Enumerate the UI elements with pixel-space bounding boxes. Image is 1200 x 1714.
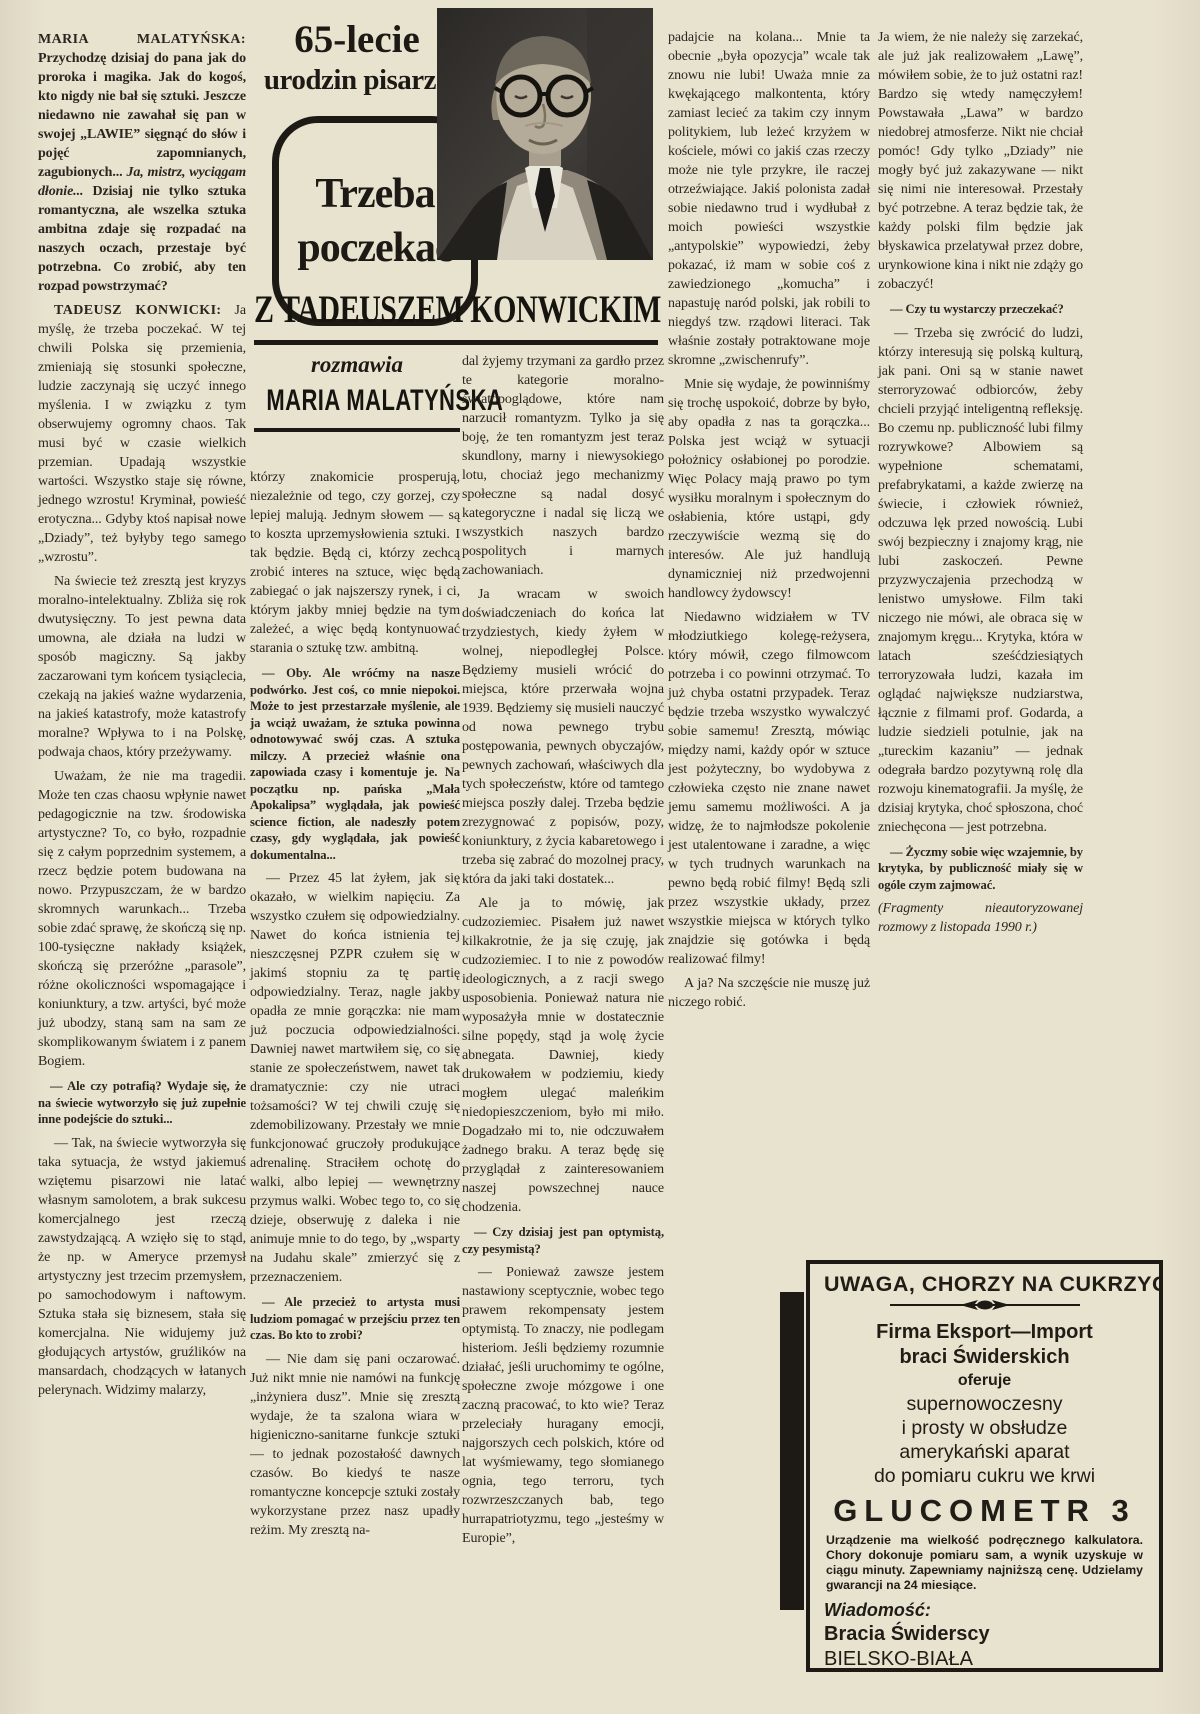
headline-rule: [254, 340, 658, 345]
interviewee-name: TADEUSZ KONWICKI:: [54, 303, 221, 318]
ad-desc-line: amerykański aparat: [824, 1440, 1145, 1464]
ad-product-name: GLUCOMETR 3: [824, 1491, 1145, 1531]
interview-answer: TADEUSZ KONWICKI: Ja myślę, że trzeba po…: [38, 301, 246, 567]
ad-firm-line1: Firma Eksport—Import: [824, 1320, 1145, 1345]
ad-desc-line: i prosty w obsłudze: [824, 1416, 1145, 1440]
kicker: 65-lecie urodzin pisarza: [252, 18, 462, 98]
interview-question: — Ale czy potrafią? Wydaje się, że na św…: [38, 1078, 246, 1128]
ad-contact-name: Bracia Świderscy: [824, 1622, 1145, 1647]
ad-title: UWAGA, CHORZY NA CUKRZYCĘ !: [824, 1272, 1145, 1297]
article-paragraph: Na świecie też zresztą jest kryzys moral…: [38, 572, 246, 762]
byline-rule: [254, 428, 460, 432]
headline: Z TADEUSZEM KONWICKIM: [254, 288, 658, 332]
interview-question: — Życzmy sobie więc wzajemnie, by krytyk…: [878, 844, 1083, 894]
article-paragraph: dal żyjemy trzymani za gardło przez te k…: [462, 352, 664, 580]
interview-question: — Czy tu wystarczy przeczekać?: [878, 301, 1083, 318]
editorial-note: (Fragmenty nieautoryzowanej rozmowy z li…: [878, 899, 1083, 937]
article-paragraph: padajcie na kolana... Mnie ta obecnie „b…: [668, 28, 870, 370]
ad-address: ul. Akademii Umiejętności 85/10: [824, 1671, 1145, 1672]
tadeusz-konwicki-photo: [437, 8, 653, 260]
article-paragraph: Ja wiem, że nie należy się zarzekać, ale…: [878, 28, 1083, 294]
ad-offers: oferuje: [824, 1370, 1145, 1392]
article-paragraph: Mnie się wydaje, że powinniśmy się troch…: [668, 375, 870, 603]
kicker-line2: urodzin pisarza: [252, 62, 462, 98]
question-text: Dzisiaj nie tylko sztuka romantyczna, al…: [38, 184, 246, 294]
article-paragraph: Ja wracam w swoich doświadczeniach do ko…: [462, 585, 664, 889]
ad-desc-line: do pomiaru cukru we krwi: [824, 1464, 1145, 1488]
interview-question: — Oby. Ale wróćmy na nasze podwórko. Jes…: [250, 665, 460, 863]
ad-shadow-bar: [780, 1292, 804, 1610]
interview-answer: — Tak, na świecie wytworzyła się taka sy…: [38, 1134, 246, 1400]
ad-contact-label: Wiadomość:: [824, 1598, 1145, 1622]
ad-firm-line2: braci Świderskich: [824, 1345, 1145, 1370]
interviewer-name: MARIA MALATYŃSKA:: [38, 32, 246, 47]
ad-desc-line: supernowoczesny: [824, 1392, 1145, 1416]
kicker-line1: 65-lecie: [252, 18, 462, 62]
question-text: Przychodzę dzisiaj do pana jak do prorok…: [38, 51, 246, 180]
column-2: którzy znakomicie prosperują, niezależni…: [250, 468, 460, 1545]
interview-question: — Ale przecież to artysta musi ludziom p…: [250, 1294, 460, 1344]
article-paragraph: Ale ja to mówię, jak cudzoziemiec. Pisał…: [462, 894, 664, 1217]
column-1: MARIA MALATYŃSKA: Przychodzę dzisiaj do …: [38, 30, 246, 1405]
ornament-divider-icon: [890, 1299, 1080, 1311]
column-3: dal żyjemy trzymani za gardło przez te k…: [462, 352, 664, 1553]
interview-answer: — Ponieważ zawsze jestem nastawiony scep…: [462, 1263, 664, 1548]
answer-text: Ja myślę, że trzeba poczekać. W tej chwi…: [38, 303, 246, 565]
byline-name: MARIA MALATYŃSKA: [266, 384, 447, 418]
newspaper-page: 65-lecie urodzin pisarza Trzeba poczekać: [0, 0, 1200, 1714]
byline-label: rozmawia: [254, 352, 460, 378]
interview-question: — Czy dzisiaj jest pan optymistą, czy pe…: [462, 1224, 664, 1257]
interview-answer: — Nie dam się pani oczarować. Już nikt m…: [250, 1350, 460, 1540]
article-title-line1: Trzeba: [315, 167, 434, 221]
article-title-line2: poczekać: [297, 221, 452, 275]
glucometr-advertisement: UWAGA, CHORZY NA CUKRZYCĘ ! Firma Ekspor…: [806, 1260, 1163, 1672]
interview-answer: — Przez 45 lat żyłem, jak się okazało, w…: [250, 869, 460, 1287]
article-paragraph: Uważam, że nie ma tragedii. Może ten cza…: [38, 767, 246, 1071]
column-5: Ja wiem, że nie należy się zarzekać, ale…: [878, 28, 1083, 942]
ad-details: Urządzenie ma wielkość podręcznego kalku…: [826, 1533, 1143, 1593]
ad-city: BIELSKO-BIAŁA: [824, 1647, 1145, 1671]
article-paragraph: A ja? Na szczęście nie muszę już niczego…: [668, 974, 870, 1012]
article-paragraph: Niedawno widziałem w TV młodziutkiego ko…: [668, 608, 870, 969]
interview-question: MARIA MALATYŃSKA: Przychodzę dzisiaj do …: [38, 30, 246, 296]
article-paragraph: którzy znakomicie prosperują, niezależni…: [250, 468, 460, 658]
interview-answer: — Trzeba się zwrócić do ludzi, którzy in…: [878, 324, 1083, 837]
column-4: padajcie na kolana... Mnie ta obecnie „b…: [668, 28, 870, 1017]
